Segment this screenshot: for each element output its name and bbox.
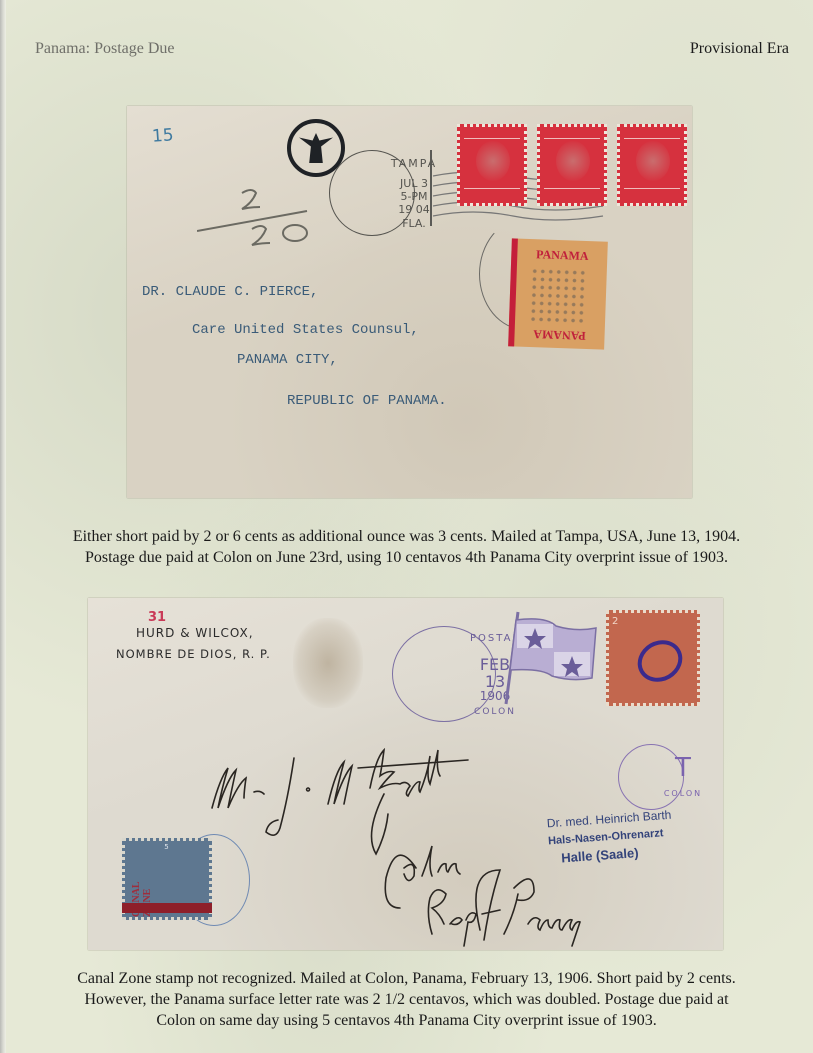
stamp-us-2c-2 [537,124,607,206]
portrait-icon [476,141,510,181]
address-line-4: REPUBLIC OF PANAMA. [287,393,447,409]
page-header-era: Provisional Era [690,40,789,58]
cover-2-caption: Canal Zone stamp not recognized. Mailed … [0,968,813,1031]
corner-card-line-2: NOMBRE DE DIOS, R. P. [116,647,271,661]
stamp-canal-zone-5c: 5 CANAL ZONE [122,838,212,920]
corner-card-line-1: HURD & WILCOX, [136,626,254,640]
pencil-fraction-marking [197,181,317,251]
portrait-icon [636,141,670,181]
cover-1-tampa-envelope: 15 TAMPA JUL 3 5-PM 19 04 FLA. PANAMA [127,106,692,498]
stamp-us-2c-3 [617,124,687,206]
address-line-2: Care United States Counsul, [192,322,419,338]
tampa-postmark: TAMPA JUL 3 5-PM 19 04 FLA. [329,150,415,236]
pencil-notation: 15 [151,125,174,146]
stain [293,618,363,708]
panama-flag-cancel-icon [500,606,600,706]
cover-2-colon-envelope: 31 HURD & WILCOX, NOMBRE DE DIOS, R. P. … [88,598,723,950]
oval-cancel-icon [630,632,690,690]
handwritten-address [198,748,668,948]
address-line-3: PANAMA CITY, [237,352,338,368]
address-line-1: DR. CLAUDE C. PIERCE, [142,284,318,300]
grid-cancel [529,267,587,323]
stamp-panama-2c: 2 [606,610,700,706]
pencil-notation: 31 [148,610,166,625]
cover-1-caption: Either short paid by 2 or 6 cents as add… [0,526,813,568]
overprint-bar [122,903,212,913]
portrait-icon [556,141,590,181]
stamp-panama-10c-overprint: PANAMA PANAMA [508,238,608,349]
colon-postal-postmark: POSTAL FEB 13 1906 COLON [392,626,496,722]
stamp-us-2c-1 [457,124,527,206]
page-header-title: Panama: Postage Due [35,40,175,58]
